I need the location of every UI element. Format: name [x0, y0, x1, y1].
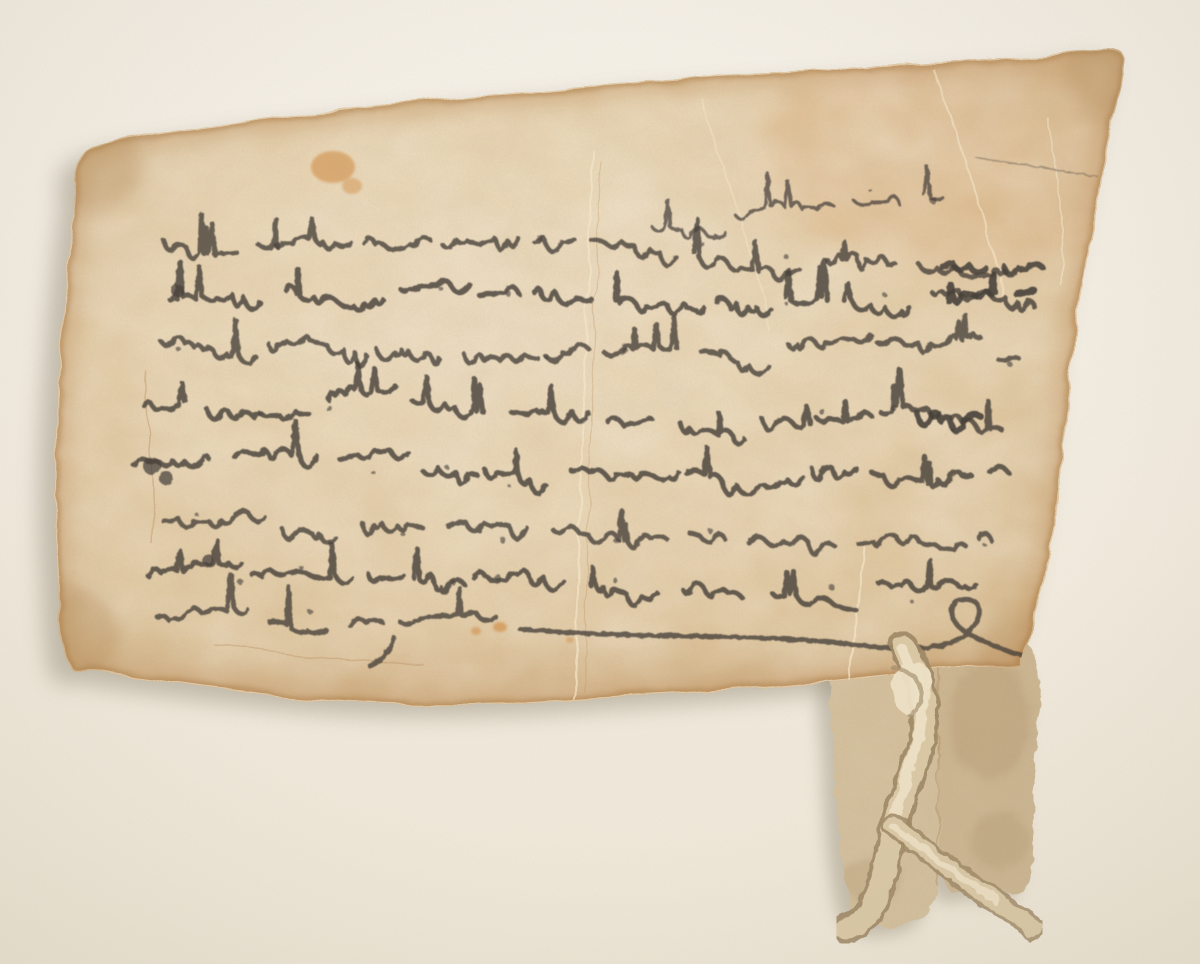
- vignette: [0, 0, 1200, 964]
- photo-overlay: [0, 0, 1200, 964]
- manuscript-photograph: [0, 0, 1200, 964]
- manuscript-photo-svg: [0, 0, 1200, 964]
